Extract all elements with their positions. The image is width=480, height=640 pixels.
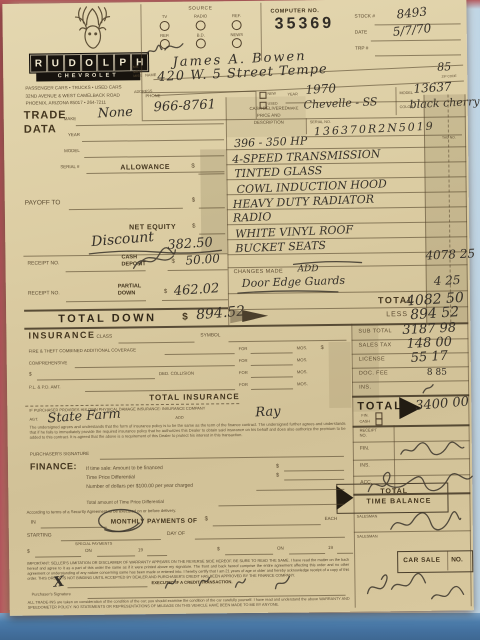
day-of-label: DAY OF <box>167 532 185 538</box>
allowance-label: ALLOWANCE <box>120 164 170 172</box>
date-label: DATE <box>355 30 368 35</box>
trade-year-label: YEAR <box>68 133 80 138</box>
doc-fee-amount: 8 85 <box>427 369 447 378</box>
less-label: LESS <box>386 311 408 319</box>
total-down-dollar: $ <box>182 312 188 323</box>
amount-column <box>423 94 468 322</box>
trade-make-label: MAKE <box>64 117 77 122</box>
allowance-dollar: $ <box>191 164 194 171</box>
starting-label: STARTING <box>27 533 52 539</box>
finance-line2: Time Price Differential <box>86 475 135 481</box>
total-insurance-label: TOTAL INSURANCE <box>149 393 240 403</box>
cash-checkbox-label: CASH <box>359 419 370 423</box>
mos-label: MOS. <box>297 370 308 375</box>
payoff-label: PAYOFF TO <box>25 199 61 207</box>
car-sale-label: CAR SALE <box>403 557 440 565</box>
trade-model-label: MODEL <box>64 149 80 154</box>
stock-label: STOCK # <box>355 14 376 20</box>
partial-dollar: $ <box>164 289 167 296</box>
pen-check-marks <box>159 568 299 594</box>
ins-dollar: $ <box>321 345 324 351</box>
source-title: SOURCE <box>140 6 260 13</box>
make-value: Chevelle - SS <box>303 96 377 110</box>
for-label: FOR <box>239 347 248 352</box>
fin-checkbox-label: FIN. <box>361 414 368 418</box>
on-label-2: ON <box>277 547 284 552</box>
purchaser-signature-label: PURCHASER'S SIGNATURE <box>30 452 89 458</box>
name-label: NAME <box>145 73 156 78</box>
pay-dollar-2: $ <box>217 547 220 553</box>
salesman-label-1: SALESMAN <box>357 514 378 518</box>
blue-table-strip <box>0 613 480 640</box>
year-value: 1970 <box>305 82 336 96</box>
yr-label-1: 19 <box>138 548 143 553</box>
desc-line: 396 - 350 HP <box>234 135 308 149</box>
phone-value: 966-8761 <box>153 98 216 114</box>
insurance-row-4: P.L. & P.D. AMT. <box>29 385 61 390</box>
grand-total-label: TOTAL <box>357 400 403 413</box>
partial-label-line1: PARTIAL <box>118 283 142 289</box>
changes-item: Door Edge Guards <box>242 275 346 289</box>
source-radio-circle <box>196 20 206 30</box>
salutation-miss: MISS <box>133 75 141 79</box>
insurance-row-1: FIRE & THEFT COMBINED ADDITIONAL COVERAG… <box>29 348 137 354</box>
license-label: LICENSE <box>359 356 385 362</box>
pen-circle-scribble <box>94 505 146 536</box>
customer-zip: 85 <box>437 61 452 73</box>
dealer-city-phone: PHOENIX, ARIZONA 85017 • 264-7211 <box>26 100 106 106</box>
pen-mark <box>145 44 163 58</box>
pen-crossout-scribble <box>129 246 177 273</box>
receipt-no-label-1: RECEIPT NO. <box>28 261 60 267</box>
computer-no-label: COMPUTER NO. <box>270 8 319 15</box>
source-radio-circle <box>232 20 242 30</box>
hand-underline <box>236 288 340 297</box>
dealer-tagline: PASSENGER CARS • TRUCKS • USED CARS <box>25 85 121 91</box>
on-label-1: ON <box>85 549 92 554</box>
for-label: FOR <box>239 371 248 376</box>
yr-label-2: 19 <box>328 546 333 551</box>
vehicle-price-amount: 4078 25 <box>425 247 475 261</box>
agent-label: AGT. <box>29 418 38 422</box>
trade-serial-label: SERIAL # <box>60 165 79 170</box>
car-sale-no-label: NO. <box>451 556 463 563</box>
insurance-row-2: COMPREHENSIVE <box>29 361 68 366</box>
payoff-dollar: $ <box>192 198 195 205</box>
monthly-dollar: $ <box>205 516 208 523</box>
ins-label: INS. <box>359 384 371 390</box>
insurance-row-3: DED. COLLISION <box>159 372 194 377</box>
insurance-symbol-label: SYMBOL <box>200 333 220 339</box>
x-mark: X <box>53 575 65 590</box>
pay-dollar-1: $ <box>27 550 30 556</box>
photo-of-sales-order: RUDOLPH CHEVROLET PASSENGER CARS • TRUCK… <box>0 0 480 640</box>
source-radio-circle <box>160 21 170 31</box>
salesman-label-2: SALESMAN <box>357 534 378 538</box>
phone-label: PHONE <box>145 94 160 99</box>
dealer-address: 32ND AVENUE & WEST CAMELBACK ROAD <box>25 92 119 98</box>
each-label: EACH <box>325 517 338 522</box>
time-balance-line1: TOTAL <box>380 488 408 496</box>
source-option-news: NEWS <box>219 32 255 37</box>
dealer-division: CHEVROLET <box>58 73 119 80</box>
finance-line4: Total amount of Time Price Differential <box>86 499 164 505</box>
purchaser-sig-small-label: Purchaser's Signature <box>32 592 71 597</box>
special-payments-label: SPECIAL PAYMENTS <box>75 542 112 547</box>
computer-no-value: 35369 <box>275 15 335 33</box>
desc-line: RADIO <box>233 211 272 223</box>
trade-title-2: DATA <box>24 123 57 135</box>
add-label: ADD <box>175 416 183 420</box>
doc-fee-label: DOC. FEE <box>359 370 388 376</box>
reindeer-logo-icon <box>64 5 121 52</box>
mos-label: MOS. <box>297 382 308 387</box>
time-balance-line2: TIME BALANCE <box>366 498 431 506</box>
receipt-row-label-2: NO. <box>360 434 367 438</box>
pen-mark <box>419 383 435 395</box>
bottom-right-scribble <box>361 568 466 611</box>
ded-dollar: $ <box>29 373 32 379</box>
for-label: FOR <box>239 383 248 388</box>
source-option-radio: RADIO <box>182 14 218 19</box>
cash-amount: 50.00 <box>185 252 220 266</box>
grand-total-amount: 3400 00 <box>415 395 470 412</box>
finance-dollar-1: $ <box>276 464 279 470</box>
insurance-agent: Ray <box>255 405 281 419</box>
source-option-ref: REF. <box>218 14 254 19</box>
finance-line1: If time sale: Amount to be financed <box>86 466 163 472</box>
model-value: 13637 <box>413 80 452 94</box>
total-down-arrow-tip <box>242 310 268 322</box>
license-amount: 55 17 <box>410 350 448 365</box>
for-label: FOR <box>239 359 248 364</box>
insurance-paragraph: The undersigned agrees and understands t… <box>29 421 345 440</box>
fine-print-block-2: ALL TRADE-INS are taken on consideration… <box>28 597 350 611</box>
in-label: IN <box>31 521 36 527</box>
insurance-title: INSURANCE <box>28 331 95 342</box>
partial-amount: 462.02 <box>173 282 219 298</box>
sales-tax-label: SALES TAX <box>359 342 392 348</box>
net-equity-dollar: $ <box>192 224 195 231</box>
subtotal-label: SUB TOTAL <box>358 328 392 334</box>
stock-value: 8493 <box>396 5 428 20</box>
fin-row-label: FIN. <box>360 447 370 453</box>
mos-label: MOS. <box>297 358 308 363</box>
pen-stroke <box>291 259 363 268</box>
changes-amount: 4 25 <box>433 274 460 287</box>
trade-title-1: TRADE <box>24 109 67 122</box>
dealer-division-bar: CHEVROLET <box>36 71 140 81</box>
trade-make-value: None <box>97 106 133 121</box>
insurance-class-label: CLASS <box>96 335 112 340</box>
model-label: MODEL <box>399 91 413 95</box>
mos-label: MOS. <box>297 346 308 351</box>
source-option-bd: B.D. <box>183 33 219 38</box>
partial-label-line2: DOWN <box>118 290 135 296</box>
total-down-label: TOTAL DOWN <box>58 312 156 325</box>
receipt-no-label-2: RECEIPT NO. <box>28 291 60 297</box>
finance-dollar-2: $ <box>276 473 279 479</box>
desc-line: BUCKET SEATS <box>235 240 326 254</box>
fin-row-scribble <box>398 439 466 458</box>
source-option-tv: TV <box>147 15 183 20</box>
zip-label: ZIP CODE <box>442 75 457 79</box>
desc-line: TINTED GLASS <box>234 165 322 179</box>
sales-order-form: RUDOLPH CHEVROLET PASSENGER CARS • TRUCK… <box>2 0 473 616</box>
finance-line3: Number of dollars per $100.00 per year c… <box>86 484 193 491</box>
finance-title: FINANCE: <box>30 462 77 472</box>
changes-made-label: CHANGES MADE <box>234 269 283 276</box>
